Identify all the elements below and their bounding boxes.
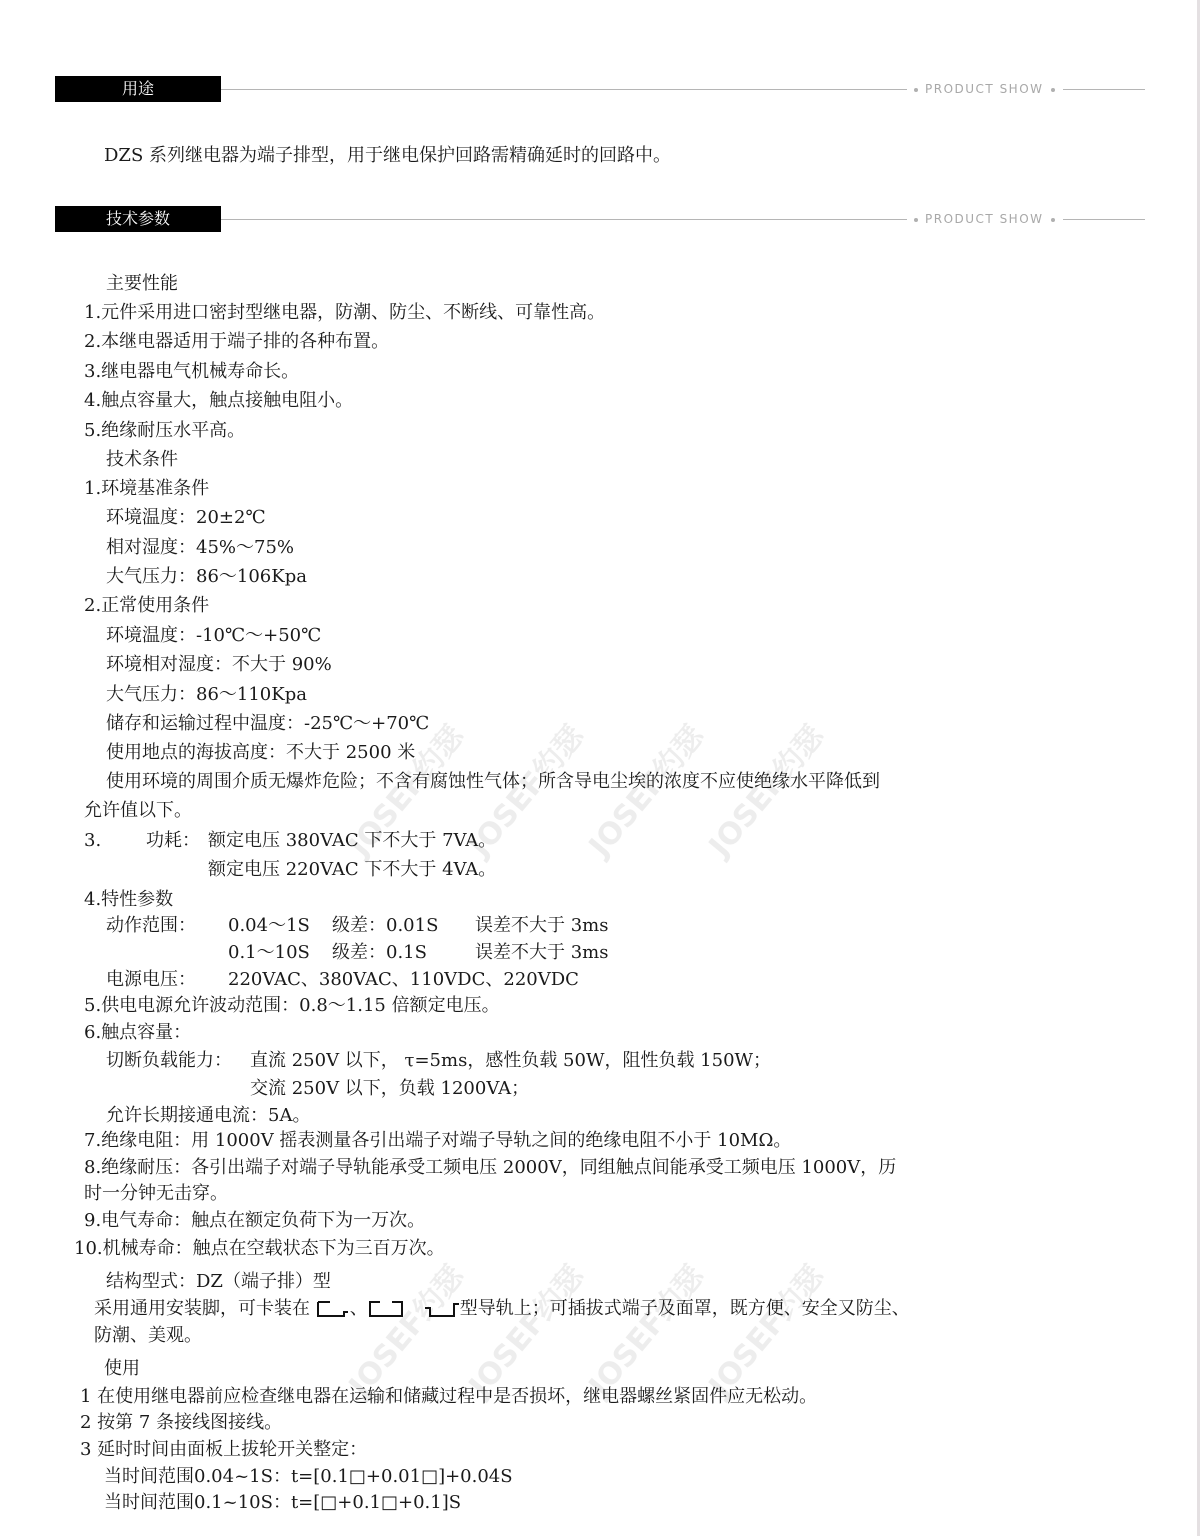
instruction-item: 1 在使用继电器前应检查继电器在运输和储藏过程中是否损坏，继电器螺丝紧固件应无松… xyxy=(80,1385,817,1409)
action-range-label: 动作范围： xyxy=(106,914,196,938)
performance-item: 5.绝缘耐压水平高。 xyxy=(84,419,245,443)
power-line: 额定电压 380VAC 下不大于 7VA。 xyxy=(208,829,496,853)
break-dc: 直流 250V 以下， τ=5ms，感性负载 50W，阻性负载 150W； xyxy=(250,1049,771,1073)
formula-line: 当时间范围0.1~10S：t=[□+0.1□+0.1]S xyxy=(104,1491,461,1515)
range-step: 级差：0.01S xyxy=(332,914,438,938)
range-step: 级差：0.1S xyxy=(332,941,427,965)
supply-label: 电源电压： xyxy=(106,968,196,992)
section-tag: 技术参数 xyxy=(55,206,221,232)
structure-title: 结构型式：DZ（端子排）型 xyxy=(106,1270,331,1294)
range-value: 0.1～10S xyxy=(228,941,310,965)
normal-line: 大气压力：86～110Kpa xyxy=(106,683,307,707)
tech-conditions-title: 技术条件 xyxy=(106,448,178,472)
continuous-current: 允许长期接通电流：5A。 xyxy=(106,1104,310,1128)
range-value: 0.04～1S xyxy=(228,914,310,938)
break-ac: 交流 250V 以下，负载 1200VA； xyxy=(250,1077,529,1101)
normal-line: 储存和运输过程中温度：-25℃～+70℃ xyxy=(106,712,429,736)
normal-line: 允许值以下。 xyxy=(84,799,192,823)
power-number: 3. xyxy=(84,829,101,853)
instruction-item: 2 按第 7 条接线图接线。 xyxy=(80,1411,282,1435)
structure-line: 采用通用安装脚，可卡装在 、型导轨上；可插拔式端子及面罩，既方便、安全又防尘、 xyxy=(94,1297,910,1321)
range-error: 误差不大于 3ms xyxy=(475,914,608,938)
divider-line xyxy=(221,89,907,90)
divider-line xyxy=(1063,219,1145,220)
insulation-voltage: 8.绝缘耐压：各引出端子对端子导轨能承受工频电压 2000V，同组触点间能承受工… xyxy=(84,1156,896,1180)
normal-line: 使用环境的周围介质无爆炸危险；不含有腐蚀性气体；所含导电尘埃的浓度不应使绝缘水平… xyxy=(106,770,880,794)
reference-line: 相对湿度：45%～75% xyxy=(106,536,294,560)
normal-line: 环境相对湿度：不大于 90% xyxy=(106,653,332,677)
section-header-tech-params: 技术参数 PRODUCT SHOW xyxy=(55,206,1145,232)
mechanical-life: 10.机械寿命：触点在空载状态下为三百万次。 xyxy=(74,1237,445,1261)
power-label: 功耗： xyxy=(146,829,200,853)
normal-line: 使用地点的海拔高度：不大于 2500 米 xyxy=(106,741,415,765)
reference-line: 环境温度：20±2℃ xyxy=(106,506,266,530)
break-label: 切断负载能力： xyxy=(106,1049,232,1073)
dot-icon xyxy=(914,88,918,92)
watermark: JOSEF约瑟 xyxy=(456,1254,592,1404)
section-header-usage: 用途 PRODUCT SHOW xyxy=(55,76,1145,102)
performance-item: 4.触点容量大，触点接触电阻小。 xyxy=(84,389,353,413)
electrical-life: 9.电气寿命：触点在额定负荷下为一万次。 xyxy=(84,1209,425,1233)
usage-instructions-title: 使用 xyxy=(104,1357,140,1381)
characteristics-heading: 4.特性参数 xyxy=(84,888,173,912)
rail-hat-shape-icon xyxy=(424,1300,460,1318)
dot-icon xyxy=(1051,88,1055,92)
structure-line: 防潮、美观。 xyxy=(94,1324,202,1348)
performance-item: 2.本继电器适用于端子排的各种布置。 xyxy=(84,330,389,354)
watermark: JOSEF约瑟 xyxy=(576,1254,712,1404)
watermark: JOSEF约瑟 xyxy=(336,1254,472,1404)
range-error: 误差不大于 3ms xyxy=(475,941,608,965)
section-tag: 用途 xyxy=(55,76,221,102)
formula-line: 当时间范围0.04~1S：t=[0.1□+0.01□]+0.04S xyxy=(104,1465,513,1489)
insulation-voltage: 时一分钟无击穿。 xyxy=(84,1182,228,1206)
main-performance-title: 主要性能 xyxy=(106,272,178,296)
rail-box-shape-icon xyxy=(368,1300,406,1318)
performance-item: 3.继电器电气机械寿命长。 xyxy=(84,360,299,384)
watermark: JOSEF约瑟 xyxy=(696,1254,832,1404)
normal-heading: 2.正常使用条件 xyxy=(84,594,209,618)
insulation-resistance: 7.绝缘电阻：用 1000V 摇表测量各引出端子对端子导轨之间的绝缘电阻不小于 … xyxy=(84,1129,791,1153)
fluctuation-text: 5.供电电源允许波动范围：0.8～1.15 倍额定电压。 xyxy=(84,994,500,1018)
normal-line: 环境温度：-10℃～+50℃ xyxy=(106,624,321,648)
power-line: 额定电压 220VAC 下不大于 4VA。 xyxy=(208,858,496,882)
supply-value: 220VAC、380VAC、110VDC、220VDC xyxy=(228,968,579,992)
dot-icon xyxy=(914,218,918,222)
performance-item: 1.元件采用进口密封型继电器，防潮、防尘、不断线、可靠性高。 xyxy=(84,301,605,325)
instruction-item: 3 延时时间由面板上拔轮开关整定： xyxy=(80,1438,367,1462)
usage-text: DZS 系列继电器为端子排型，用于继电保护回路需精确延时的回路中。 xyxy=(104,144,671,168)
reference-line: 大气压力：86～106Kpa xyxy=(106,565,307,589)
rail-c-shape-icon xyxy=(316,1300,350,1318)
contact-capacity-heading: 6.触点容量： xyxy=(84,1021,191,1045)
divider-line xyxy=(221,219,907,220)
divider-line xyxy=(1063,89,1145,90)
reference-heading: 1.环境基准条件 xyxy=(84,477,209,501)
dot-icon xyxy=(1051,218,1055,222)
